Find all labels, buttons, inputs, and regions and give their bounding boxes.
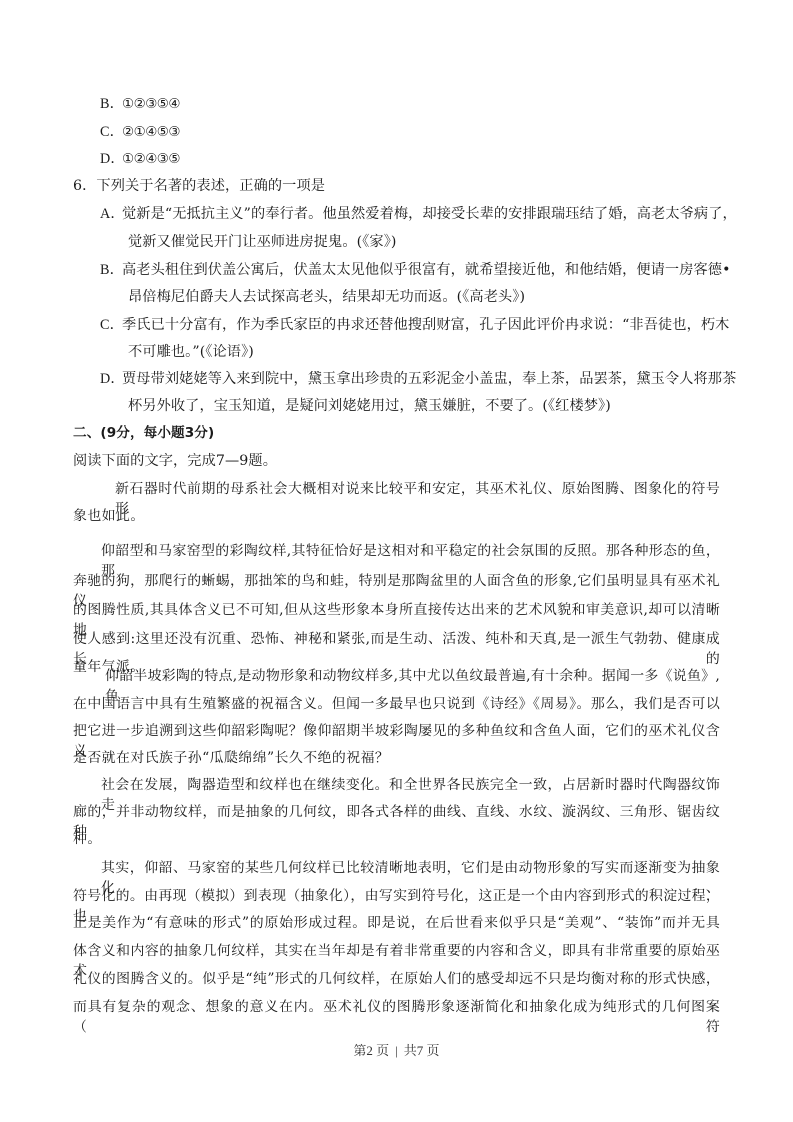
section-instruction: 阅读下面的文字，完成7—9题。 xyxy=(73,451,277,471)
page-footer: 第2 页|共7 页 xyxy=(0,1040,793,1059)
passage-p4-line3: 种。 xyxy=(73,829,102,849)
passage-p4-line2: 廊的，并非动物纹样，而是抽象的几何纹，即各式各样的曲线、直线、水纹、漩涡纹、三角… xyxy=(73,802,720,842)
q6-option-a-line2: 觉新又催觉民开门让巫师进房捉鬼。(《家》) xyxy=(128,232,397,252)
option-text: 贾母带刘姥姥等入来到院中，黛玉拿出珍贵的五彩泥金小盖盅，奉上茶，品罢茶，黛玉令人… xyxy=(122,371,736,387)
passage-p3-line2: 在中国语言中具有生殖繁盛的祝福含义。但闻一多最早也只说到《诗经》《周易》。那么，… xyxy=(73,694,720,714)
q5-option-c: C．②①④⑤③ xyxy=(100,122,180,142)
option-text: 觉新是“无抵抗主义”的奉行者。他虽然爱着梅，却接受长辈的安排跟瑞珏结了婚，高老太… xyxy=(122,206,737,222)
q6-option-c-line2: 不可雕也。”(《论语》) xyxy=(128,342,254,362)
passage-p2-line4: 使人感到:这里还没有沉重、恐怖、神秘和紧张,而是生动、活泼、纯朴和天真,是一派生… xyxy=(73,629,720,669)
q6-option-c-line1: C．季氏已十分富有，作为季氏家臣的冉求还替他搜刮财富，孔子因此评价冉求说：“非吾… xyxy=(100,315,729,335)
footer-separator: | xyxy=(395,1043,398,1058)
section-heading: 二、(9分，每小题3分) xyxy=(73,423,214,443)
option-letter: D． xyxy=(100,369,122,389)
q6-option-d-line2: 杯另外收了，宝玉知道，是疑问刘姥姥用过，黛玉嫌脏，不要了。(《红楼梦》) xyxy=(128,396,611,416)
q6-stem: 6．下列关于名著的表述，正确的一项是 xyxy=(73,176,325,196)
option-letter: A． xyxy=(100,204,122,224)
q6-option-a-line1: A．觉新是“无抵抗主义”的奉行者。他虽然爱着梅，却接受长辈的安排跟瑞珏结了婚，高… xyxy=(100,204,737,224)
option-text: ①②③⑤④ xyxy=(122,96,180,112)
option-letter: B． xyxy=(100,260,122,280)
option-letter: C． xyxy=(100,122,122,142)
passage-p1-line2: 象也如此。 xyxy=(73,506,145,526)
q6-option-d-line1: D．贾母带刘姥姥等入来到院中，黛玉拿出珍贵的五彩泥金小盖盅，奉上茶，品罢茶，黛玉… xyxy=(100,369,736,389)
q5-option-d: D．①②④③⑤ xyxy=(100,149,180,169)
option-text: 高老头租住到伏盖公寓后，伏盖太太见他似乎很富有，就希望接近他，和他结婚，便请一房… xyxy=(122,262,731,278)
option-letter: C． xyxy=(100,315,122,335)
option-text: 季氏已十分富有，作为季氏家臣的冉求还替他搜刮财富，孔子因此评价冉求说：“非吾徒也… xyxy=(122,317,729,333)
page-total: 共7 页 xyxy=(404,1043,440,1058)
exam-page: B．①②③⑤④ C．②①④⑤③ D．①②④③⑤ 6．下列关于名著的表述，正确的一… xyxy=(0,0,793,1122)
passage-p1-line1: 新石器时代前期的母系社会大概相对说来比较平和安定，其巫术礼仪、原始图腾、图象化的… xyxy=(115,479,720,519)
q6-option-b-line1: B．高老头租住到伏盖公寓后，伏盖太太见他似乎很富有，就希望接近他，和他结婚，便请… xyxy=(100,260,731,280)
page-number: 第2 页 xyxy=(353,1043,389,1058)
q6-option-b-line2: 昂倍梅尼伯爵夫人去试探高老头，结果却无功而返。(《高老头》) xyxy=(128,287,525,307)
option-text: ②①④⑤③ xyxy=(122,124,180,140)
passage-p5-line5: 礼仪的图腾含义的。似乎是“纯”形式的几何纹样，在原始人们的感受却远不只是均衡对称… xyxy=(73,969,720,989)
q5-option-b: B．①②③⑤④ xyxy=(100,94,180,114)
passage-p3-line4: 是否就在对氏族子孙“瓜瓞绵绵”长久不绝的祝福？ xyxy=(73,748,389,768)
passage-p5-line3: 正是美作为“有意味的形式”的原始形成过程。即是说，在后世看来似乎只是“美观”、“… xyxy=(73,913,720,933)
option-letter: B． xyxy=(100,94,122,114)
option-text: ①②④③⑤ xyxy=(122,151,180,167)
passage-p5-line6: 而具有复杂的观念、想象的意义在内。巫术礼仪的图腾形象逐渐简化和抽象化成为纯形式的… xyxy=(73,997,720,1037)
option-letter: D． xyxy=(100,149,122,169)
